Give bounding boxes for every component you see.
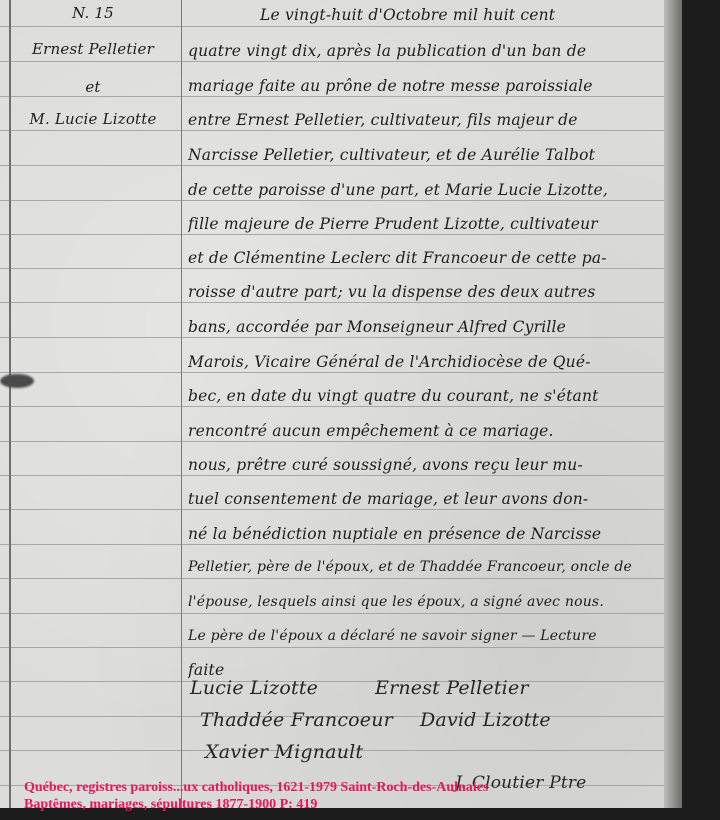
ruled-line xyxy=(0,130,664,131)
ruled-line xyxy=(0,200,664,201)
body-line: et de Clémentine Leclerc dit Francoeur d… xyxy=(188,249,658,267)
margin-conjunction: et xyxy=(8,78,178,96)
body-line: rencontré aucun empêchement à ce mariage… xyxy=(188,422,658,440)
body-line: bans, accordée par Monseigneur Alfred Cy… xyxy=(188,318,658,336)
body-line: Pelletier, père de l'époux, et de Thaddé… xyxy=(188,559,658,575)
body-line: Narcisse Pelletier, cultivateur, et de A… xyxy=(188,146,658,164)
ink-blot xyxy=(0,374,34,388)
body-line: né la bénédiction nuptiale en présence d… xyxy=(188,525,658,543)
ruled-line xyxy=(0,475,664,476)
body-line: quatre vingt dix, après la publication d… xyxy=(188,42,658,60)
body-line: de cette paroisse d'une part, et Marie L… xyxy=(188,181,658,199)
ruled-line xyxy=(0,61,664,62)
body-line: roisse d'autre part; vu la dispense des … xyxy=(188,283,658,301)
ruled-line xyxy=(0,406,664,407)
signature-groom: Ernest Pelletier xyxy=(375,677,529,699)
groom-name: Ernest Pelletier xyxy=(8,40,178,58)
ruled-line xyxy=(0,165,664,166)
body-line: Le père de l'époux a déclaré ne savoir s… xyxy=(188,628,658,644)
ruled-line xyxy=(0,681,664,682)
body-line: Le vingt-huit d'Octobre mil huit cent xyxy=(260,6,660,24)
ruled-line xyxy=(0,441,664,442)
ruled-line xyxy=(0,337,664,338)
signature-witness-1: Thaddée Francoeur xyxy=(200,709,393,731)
caption-line-2: Baptêmes, mariages, sépultures 1877-1900… xyxy=(24,797,317,813)
ruled-line xyxy=(0,509,664,510)
signature-witness-2: David Lizotte xyxy=(420,709,551,731)
ruled-line xyxy=(0,613,664,614)
body-line: tuel consentement de mariage, et leur av… xyxy=(188,490,658,508)
ruled-line xyxy=(0,544,664,545)
column-divider-line xyxy=(181,0,182,808)
body-line: l'épouse, lesquels ainsi que les époux, … xyxy=(188,594,658,610)
ruled-line xyxy=(0,647,664,648)
ruled-line xyxy=(0,372,664,373)
page-edge xyxy=(664,0,682,808)
signature-bride: Lucie Lizotte xyxy=(190,677,318,699)
body-line: mariage faite au prône de notre messe pa… xyxy=(188,77,658,95)
body-line: entre Ernest Pelletier, cultivateur, fil… xyxy=(188,111,658,129)
body-line: bec, en date du vingt quatre du courant,… xyxy=(188,387,658,405)
record-number: N. 15 xyxy=(8,4,178,22)
caption-line-1: Québec, registres paroiss...ux catholiqu… xyxy=(24,780,488,796)
ruled-line xyxy=(0,268,664,269)
body-line: fille majeure de Pierre Prudent Lizotte,… xyxy=(188,215,658,233)
bride-name: M. Lucie Lizotte xyxy=(8,110,178,128)
ruled-line xyxy=(0,578,664,579)
body-line: nous, prêtre curé soussigné, avons reçu … xyxy=(188,456,658,474)
ruled-line xyxy=(0,302,664,303)
signature-witness-3: Xavier Mignault xyxy=(205,741,363,763)
ruled-line xyxy=(0,96,664,97)
ruled-line xyxy=(0,26,664,27)
body-line: Marois, Vicaire Général de l'Archidiocès… xyxy=(188,353,658,371)
register-page: N. 15 Ernest Pelletier et M. Lucie Lizot… xyxy=(0,0,682,808)
ruled-line xyxy=(0,234,664,235)
